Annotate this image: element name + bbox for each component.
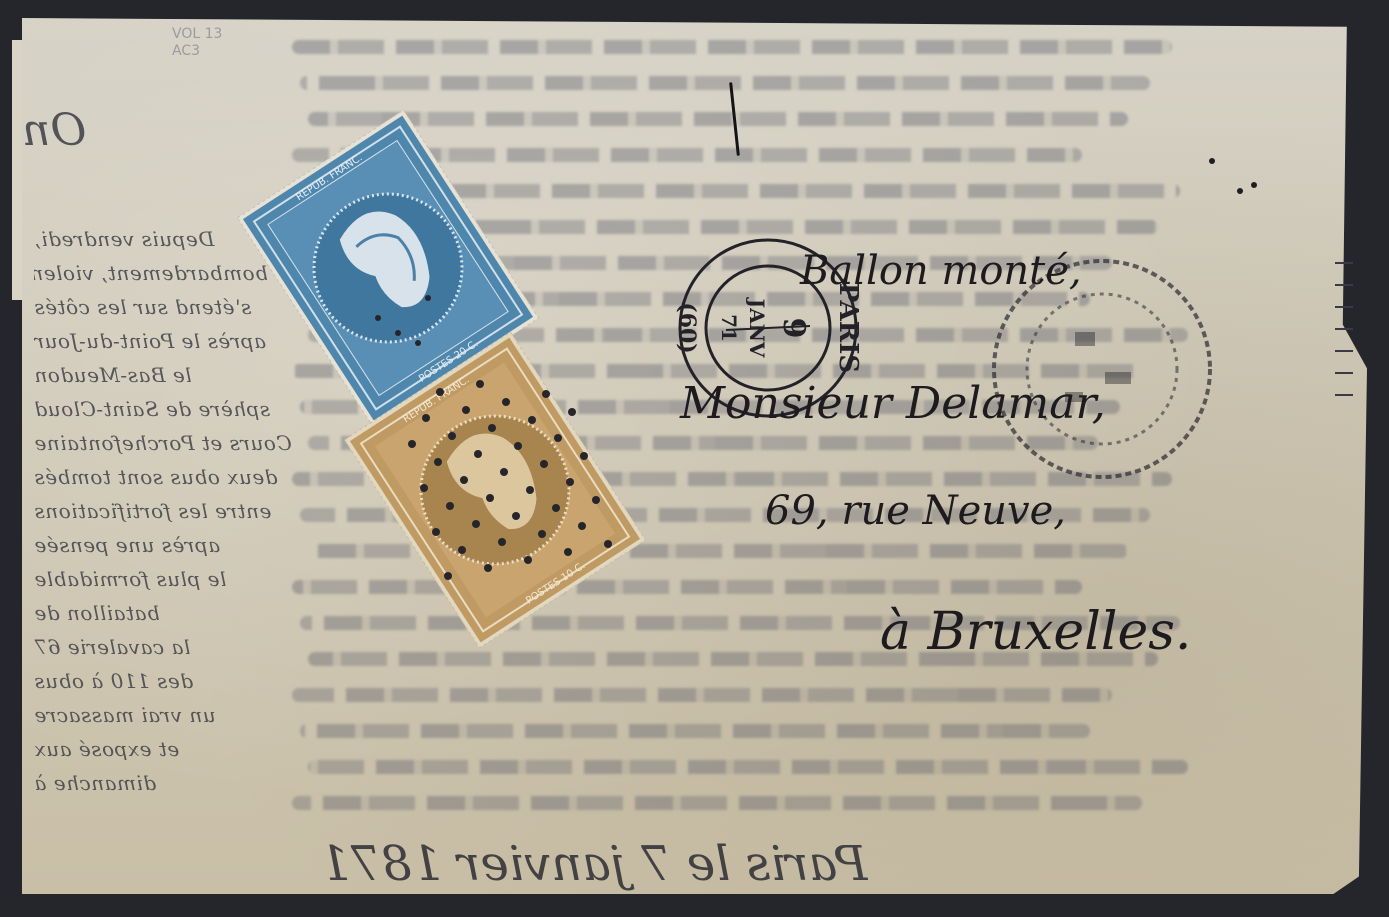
mirrored-line: le plus formidable bbox=[34, 562, 294, 596]
mirrored-line: après une pensée bbox=[34, 528, 294, 562]
address-line-city: à Bruxelles. bbox=[880, 602, 1191, 662]
envelope-photo: VOL 13 AC3 On Depuis vendredi,le bombard… bbox=[0, 0, 1389, 917]
ink-dot bbox=[1251, 182, 1257, 188]
mirrored-line: des 110 à obus bbox=[34, 664, 294, 698]
address-line-recipient: Monsieur Delamar, bbox=[680, 378, 1106, 429]
ink-dot bbox=[1237, 188, 1243, 194]
address-line-ballon-monte: Ballon monté, bbox=[800, 248, 1082, 294]
corner-handwriting: On bbox=[22, 105, 86, 156]
svg-text:(60): (60) bbox=[674, 302, 700, 353]
mirrored-line: la cavalerie 67 bbox=[34, 630, 294, 664]
mirrored-line: bataillon de bbox=[34, 596, 294, 630]
svg-text:71: 71 bbox=[717, 314, 741, 342]
mirrored-line: dimanche à bbox=[34, 766, 294, 800]
pencil-notes: VOL 13 AC3 bbox=[172, 26, 222, 60]
perforation-ticks bbox=[1335, 262, 1355, 416]
stamp-10c-bistre: REPUB. FRANC. POSTES 10 C. bbox=[330, 330, 670, 670]
mirrored-line: entre les fortifications bbox=[34, 494, 294, 528]
mirrored-line: Cours et Porchefontaine bbox=[34, 426, 294, 460]
ink-dot bbox=[1209, 158, 1215, 164]
mirrored-line: deux obus sont tombés bbox=[34, 460, 294, 494]
svg-text:PARIS: PARIS bbox=[833, 283, 863, 373]
mirrored-line: un vrai massacre bbox=[34, 698, 294, 732]
mirrored-line: et exposé aux bbox=[34, 732, 294, 766]
address-line-street: 69, rue Neuve, bbox=[765, 488, 1066, 534]
bottom-dateline: Paris le 7 janvier 1871 bbox=[320, 836, 867, 892]
